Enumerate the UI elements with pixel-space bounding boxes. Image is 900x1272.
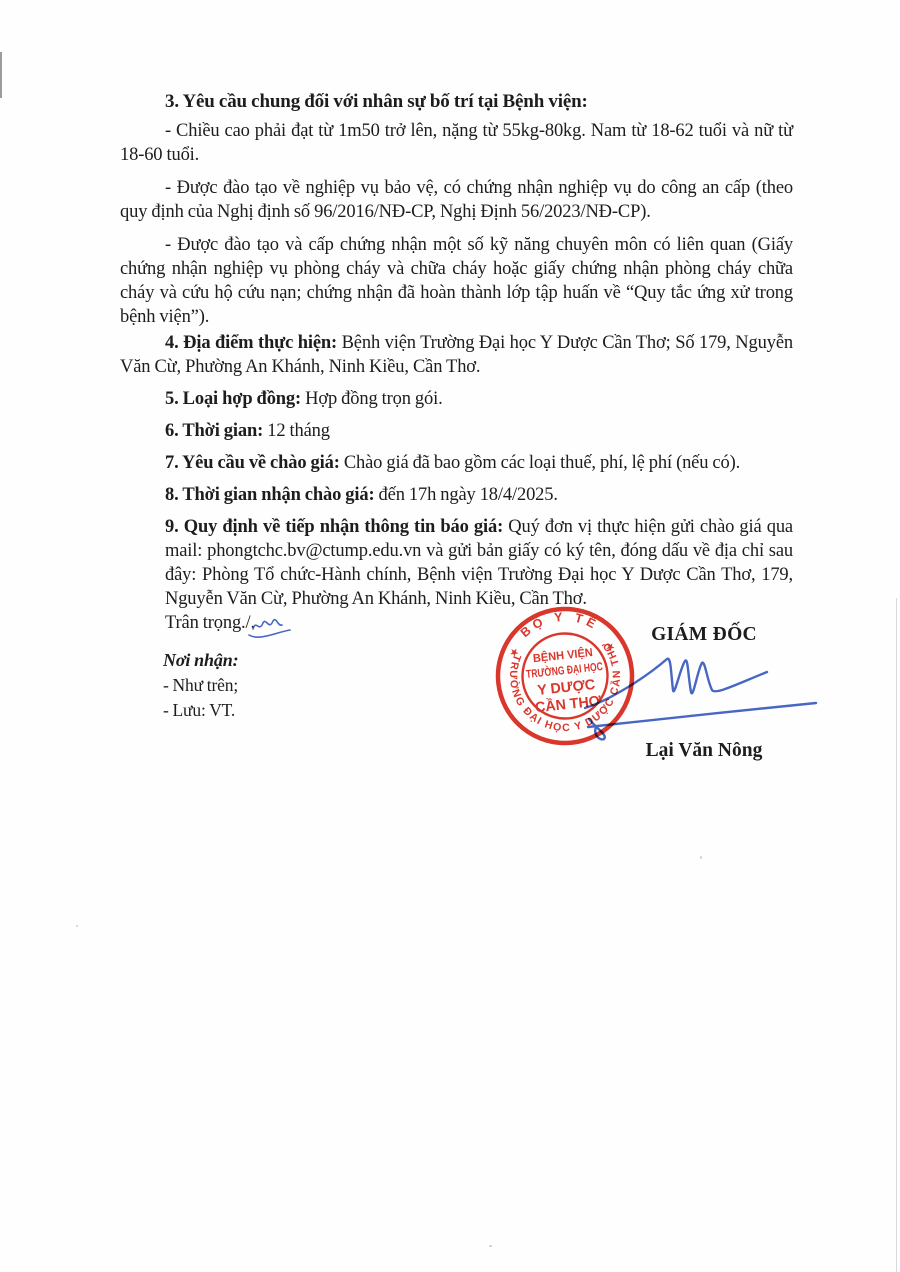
- document-page: 3. Yêu cầu chung đối với nhân sự bố trí …: [0, 0, 900, 1272]
- closing-text: Trân trọng./.: [165, 613, 255, 633]
- section-7-quote-requirement: 7. Yêu cầu về chào giá: Chào giá đã bao …: [120, 451, 793, 475]
- stamp-top-text: BỘ Y TẾ: [516, 606, 603, 641]
- initial-paraph-ink: [247, 614, 293, 642]
- section-3-heading: 3. Yêu cầu chung đối với nhân sự bố trí …: [120, 90, 793, 114]
- section-7-label: 7. Yêu cầu về chào giá:: [165, 453, 340, 473]
- section-9-label: 9. Quy định về tiếp nhận thông tin báo g…: [165, 517, 503, 537]
- section-5-text: Hợp đồng trọn gói.: [301, 389, 443, 409]
- section-4-label: 4. Địa điểm thực hiện:: [165, 333, 337, 353]
- scan-speck: [489, 1245, 492, 1247]
- section-6-duration: 6. Thời gian: 12 tháng: [120, 419, 793, 443]
- bullet-height-weight: - Chiều cao phải đạt từ 1m50 trở lên, nặ…: [120, 119, 793, 167]
- section-8-deadline: 8. Thời gian nhận chào giá: đến 17h ngày…: [120, 483, 793, 507]
- scan-speck: [76, 925, 78, 927]
- section-8-label: 8. Thời gian nhận chào giá:: [165, 485, 374, 505]
- section-6-label: 6. Thời gian:: [165, 421, 263, 441]
- scan-speck: [700, 856, 702, 859]
- section-9-submission: 9. Quy định về tiếp nhận thông tin báo g…: [165, 515, 793, 611]
- scan-edge-artifact: [896, 598, 897, 1272]
- scan-edge-artifact: [0, 52, 2, 98]
- section-8-text: đến 17h ngày 18/4/2025.: [374, 485, 557, 505]
- section-5-label: 5. Loại hợp đồng:: [165, 389, 301, 409]
- section-6-text: 12 tháng: [263, 421, 330, 441]
- director-signature-ink: [555, 640, 835, 745]
- section-4-location: 4. Địa điểm thực hiện: Bệnh viện Trường …: [120, 331, 793, 379]
- section-7-text: Chào giá đã bao gồm các loại thuế, phí, …: [340, 453, 740, 473]
- bullet-security-certificate: - Được đào tạo về nghiệp vụ bảo vệ, có c…: [120, 176, 793, 224]
- bullet-skill-certificate: - Được đào tạo và cấp chứng nhận một số …: [120, 233, 793, 329]
- svg-text:BỘ Y TẾ: BỘ Y TẾ: [516, 606, 603, 641]
- section-5-contract-type: 5. Loại hợp đồng: Hợp đồng trọn gói.: [120, 387, 793, 411]
